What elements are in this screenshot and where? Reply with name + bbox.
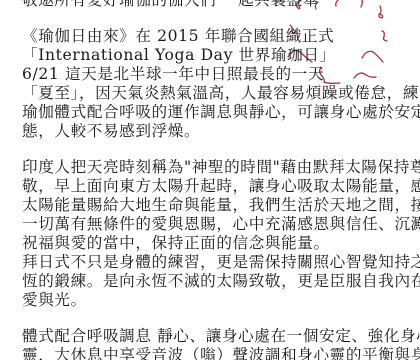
text-line: 敬邀所有愛好瑜伽的伽人們 一起共襄盛舉 [22,0,402,10]
text-line: 印度人把天亮時刻稱為"神聖的時間"藉由默拜太陽保持尊 [22,158,402,177]
text-line: 祝福與愛的當中，保持正面的信念與能量。 [22,234,402,253]
text-line: 「夏至」，因天氣炎熱氣溫高，人最容易煩躁或倦怠，練習 [22,84,402,103]
text-line: 拜日式不只是身體的練習，更是需保持關照心智覺知持之以 [22,253,402,272]
paragraph-gap [22,10,402,27]
text-line: 瑜伽體式配合呼吸的運作調息與靜心，可讓身心處於安定狀 [22,103,402,122]
text-line: 態，人較不易感到浮燥。 [22,122,402,141]
text-line: 體式配合呼吸調息 靜心、讓身心處在一個安定、強化身心 [22,327,402,346]
paragraph-gap [22,310,402,327]
text-line: 敬，早上面向東方太陽升起時，讓身心吸取太陽能量，感謝 [22,177,402,196]
text-line: 愛與光。 [22,291,402,310]
text-line: 一切萬有無條件的愛與恩賜，心中充滿感恩與信任、沉澱在 [22,215,402,234]
text-line: 「International Yoga Day 世界瑜珈日」 [22,46,402,65]
text-line: 6/21 這天是北半球一年中日照最長的一天 [22,65,402,84]
text-line: 靈，大休息中享受音波（嗡）聲波調和身心靈的平衡與身體 [22,346,402,360]
text-line: 恆的鍛練。是向永恆不滅的太陽致敬，更是臣服自我內在的 [22,272,402,291]
paragraph-gap [22,141,402,158]
text-line: 太陽能量賜給大地生命與能量，我們生活於天地之間，接受 [22,196,402,215]
text-line: 《瑜伽日由來》在 2015 年聯合國組織正式 [22,27,402,46]
document-body: 敬邀所有愛好瑜伽的伽人們 一起共襄盛舉 《瑜伽日由來》在 2015 年聯合國組織… [22,0,402,360]
